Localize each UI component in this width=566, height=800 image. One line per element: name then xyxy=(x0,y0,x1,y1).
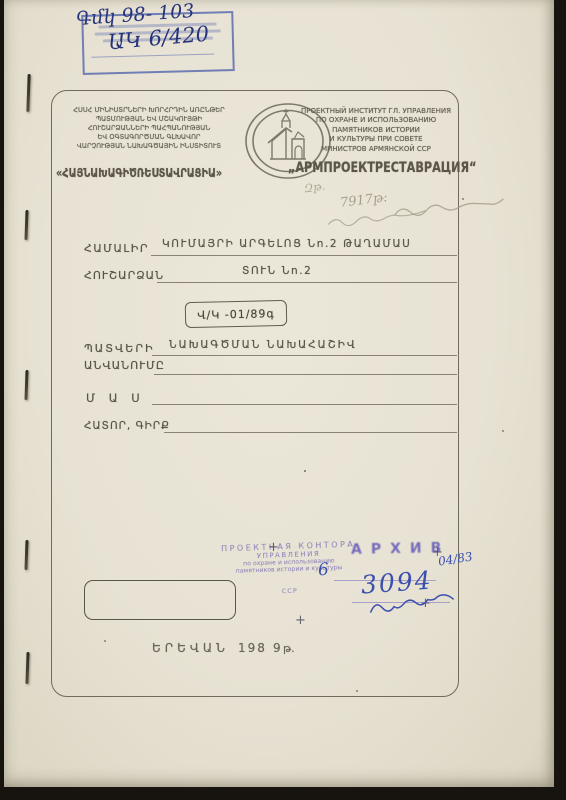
field-label-monument: ՀՈՒՇԱՐՁԱՆ xyxy=(84,269,164,282)
staple-mark xyxy=(25,652,29,684)
institute-name-armenian: ՀՍՍՀ ՄԻՆԻՍՏՐՆԵՐԻ ԽՈՐՀՐԴԻՆ ԱՌԸՆԹԵՐ ՊԱՏՄՈՒ… xyxy=(56,106,242,151)
footer-year-digit: 9 xyxy=(273,641,281,655)
paper-speck xyxy=(502,430,504,432)
scanned-document: Գմկ 98- 103 ԱԿ 6/420 ՀՍՍՀ ՄԻՆԻՍՏՐՆԵՐԻ ԽՈ… xyxy=(0,0,566,800)
field-value-order: ՆԱԽԱԳԾՄԱՆ ՆԱԽԱՀԱՇԻՎ xyxy=(169,339,357,351)
institute-name-russian: ПРОЕКТНЫЙ ИНСТИТУТ ГЛ. УПРАВЛЕНИЯ ПО ОХР… xyxy=(290,107,462,154)
russian-line: МИНИСТРОВ АРМЯНСКОЙ ССР xyxy=(290,145,462,154)
field-label-order-1: ՊԱՏՎԵՐԻ xyxy=(84,342,155,355)
handwritten-number-6: 6 xyxy=(317,560,329,581)
empty-stamp-box xyxy=(84,580,236,620)
field-label-complex: ՀԱՄԱԼԻՐ xyxy=(84,242,149,255)
fill-line xyxy=(164,432,457,433)
armenian-line: ՎԱՐՉՈՒԹՅԱՆ ՆԱԽԱԳԾԱՅԻՆ ԻՆՍՏԻՏՈՒՏ xyxy=(56,142,242,151)
russian-line: ПО ОХРАНЕ И ИСПОЛЬЗОВАНИЮ xyxy=(290,116,462,125)
paper-speck xyxy=(356,690,358,692)
russian-line: ПРОЕКТНЫЙ ИНСТИТУТ ГЛ. УПРАВЛЕНИЯ xyxy=(290,107,462,116)
armenian-line: ՀՈՒՇԱՐՁԱՆՆԵՐԻ ՊԱՀՊԱՆՈՒԹՅԱՆ xyxy=(56,124,242,133)
fill-line xyxy=(151,255,457,256)
staple-mark xyxy=(24,540,28,570)
field-label-part: Մ Ա Ս xyxy=(86,391,145,405)
field-value-complex: ԿՈՒՄԱՅՐԻ ԱՐԳԵԼՈՑ Նո.2 ԹԱՂԱՄԱՍ xyxy=(162,238,411,250)
institute-title-russian: „АРМПРОЕКТРЕСТАВРАЦИЯ“ xyxy=(288,160,476,176)
footer-city: ԵՐԵՎԱՆ xyxy=(152,641,229,655)
office-archive-stamp: ПРОЕКТНАЯ КОНТОРА УПРАВЛЕНИЯ по охране и… xyxy=(213,539,365,597)
code-stamp-text: Վ/Կ -01/89գ xyxy=(197,307,275,322)
fill-line xyxy=(157,282,457,283)
russian-line: И КУЛЬТУРЫ ПРИ СОВЕТЕ xyxy=(290,135,462,144)
staple-mark xyxy=(24,210,28,240)
footer-year-suffix: թ. xyxy=(283,642,295,655)
field-label-volume: ՀԱՏՈՐ, ԳԻՐՔ xyxy=(84,420,170,432)
fill-line xyxy=(154,374,457,375)
armenian-line: ՊԱՏՄՈՒԹՅԱՆ ԵՎ ՄՇԱԿՈՒՅԹԻ xyxy=(56,115,242,124)
russian-line: ПАМЯТНИКОВ ИСТОРИИ xyxy=(290,126,462,135)
paper-speck xyxy=(304,470,306,472)
fill-line xyxy=(152,404,457,405)
staple-mark xyxy=(24,370,28,400)
paper-speck xyxy=(462,198,464,200)
staple-mark xyxy=(26,74,30,112)
fill-line xyxy=(152,355,457,356)
code-stamp-box: Վ/Կ -01/89գ xyxy=(185,300,288,328)
footer-year-prefix: 198 xyxy=(238,641,267,655)
institute-title-armenian: «ՀԱՅՆԱԽԱԳԻԾՌԵՍՏԱՎՐԱՑԻԱ» xyxy=(56,165,222,180)
field-label-order-2: ԱՆՎԱՆՈՒՄԸ xyxy=(84,359,165,372)
paper-speck xyxy=(104,640,106,642)
armenian-line: ԵՎ ՕԳՏԱԳՈՐԾՄԱՆ ԳԼԽԱՎՈՐ xyxy=(56,133,242,142)
paper-sheet: Գմկ 98- 103 ԱԿ 6/420 ՀՍՍՀ ՄԻՆԻՍՏՐՆԵՐԻ ԽՈ… xyxy=(4,0,554,787)
registration-cross: + xyxy=(295,613,306,628)
field-value-monument: ՏՈՒՆ Նո.2 xyxy=(242,265,312,277)
armenian-line: ՀՍՍՀ ՄԻՆԻՍՏՐՆԵՐԻ ԽՈՐՀՐԴԻՆ ԱՌԸՆԹԵՐ xyxy=(56,106,242,115)
registration-cross: + xyxy=(268,540,279,555)
